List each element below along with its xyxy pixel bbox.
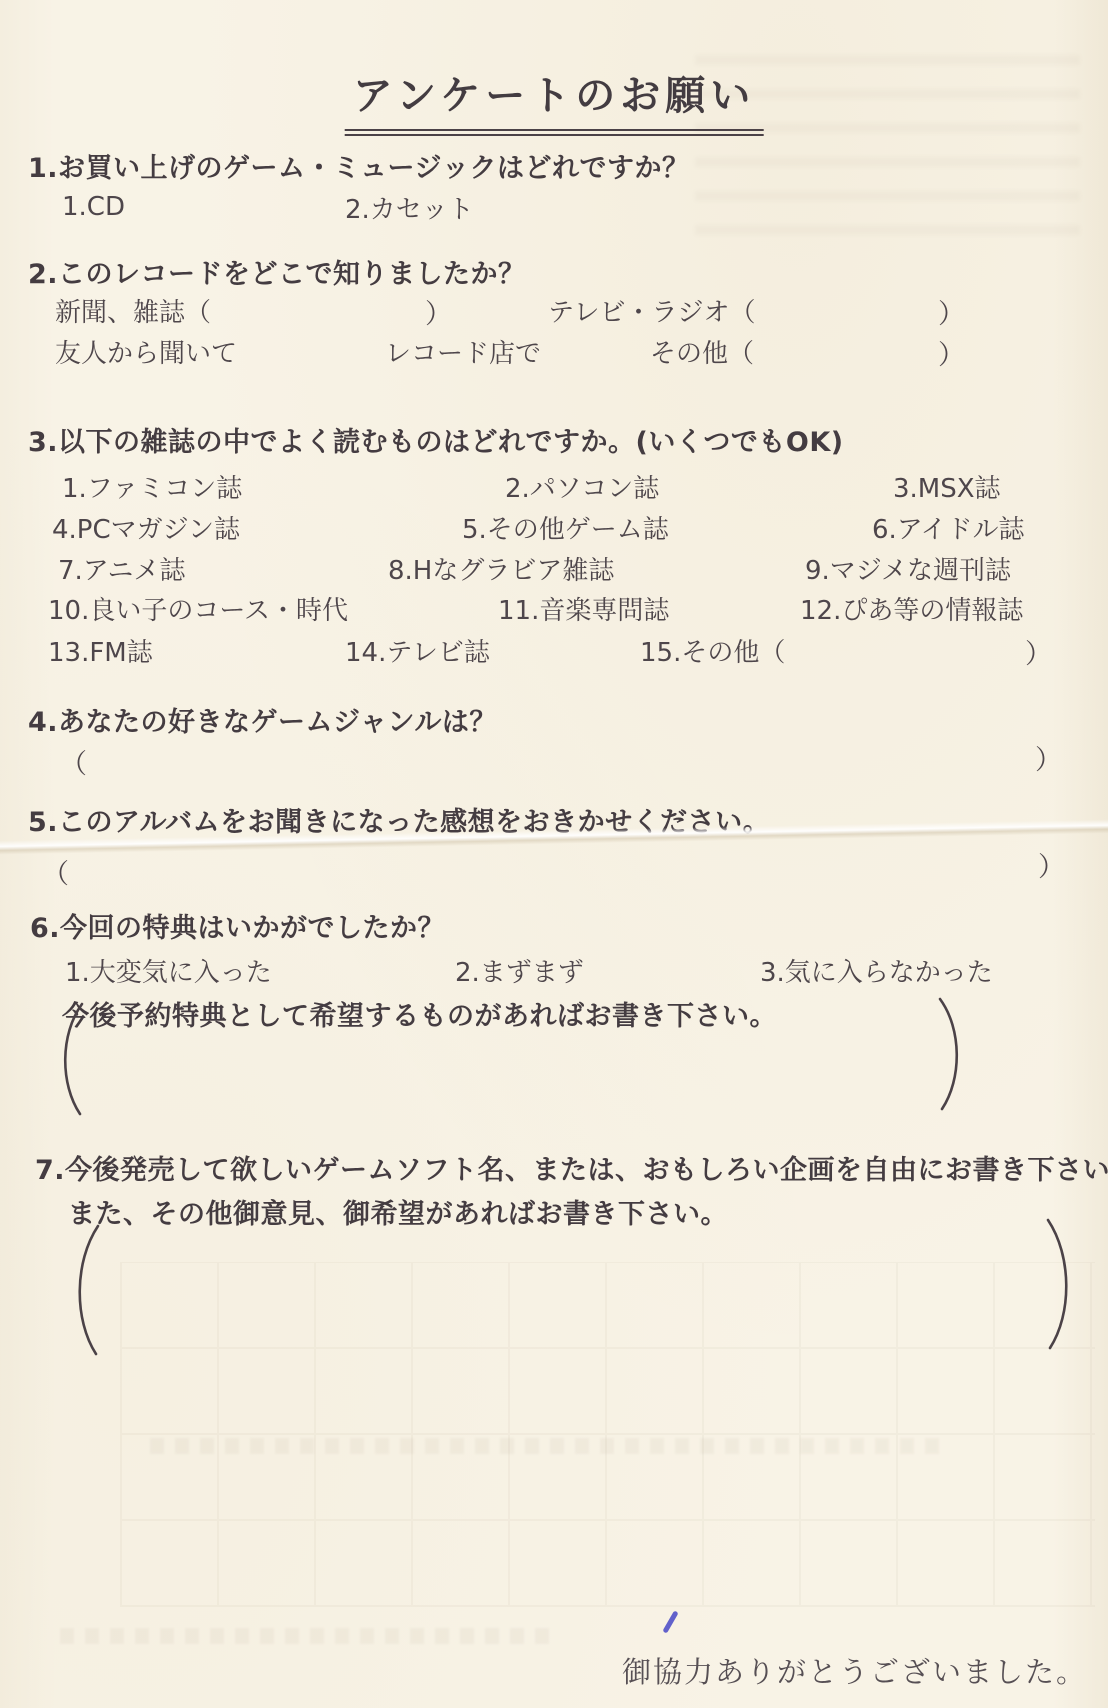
q2-paren-close-newspaper: ） bbox=[425, 292, 452, 331]
survey-sheet: アンケートのお願い 1.お買い上げのゲーム・ミュージックはどれですか？ 1.CD… bbox=[0, 0, 1108, 1708]
q6-subprompt: 今後予約特典として希望するものがあればお書き下さい。 bbox=[62, 994, 777, 1033]
footer-thanks: 御協力ありがとうございました。 bbox=[622, 1650, 1087, 1691]
q3-item-8: 8.Hなグラビア雑誌 bbox=[388, 550, 614, 587]
page-title: アンケートのお願い bbox=[345, 64, 764, 136]
q7-answer-paren-right bbox=[1038, 1216, 1084, 1352]
q3-paren-close-other: ） bbox=[1025, 632, 1052, 671]
q3-item-10: 10.良い子のコース・時代 bbox=[48, 590, 348, 627]
q2-option-tv-radio: テレビ・ラジオ（ bbox=[548, 292, 755, 329]
q3-item-4: 4.PCマガジン誌 bbox=[52, 509, 240, 546]
q5-paren-open: （ bbox=[42, 852, 69, 891]
q7-answer-paren-left bbox=[62, 1222, 108, 1358]
q3-item-14: 14.テレビ誌 bbox=[345, 632, 490, 669]
q6-heading: 6.今回の特典はいかがでしたか？ bbox=[30, 906, 445, 945]
q6-answer-paren-left bbox=[48, 1000, 92, 1118]
q3-item-15: 15.その他（ bbox=[640, 632, 785, 669]
q7-heading-line2: また、その他御意見、御希望があればお書き下さい。 bbox=[68, 1192, 728, 1231]
q3-item-11: 11.音楽専問誌 bbox=[498, 590, 669, 627]
q1-heading: 1.お買い上げのゲーム・ミュージックはどれですか？ bbox=[28, 146, 689, 185]
bleed-through-row bbox=[150, 1438, 940, 1454]
q5-heading: 5.このアルバムをお聞きになった感想をおきかせください。 bbox=[28, 800, 770, 839]
bleed-through-grid bbox=[120, 1262, 1095, 1607]
q5-paren-close: ） bbox=[1038, 845, 1065, 884]
q2-option-other: その他（ bbox=[650, 333, 754, 370]
q6-answer-paren-right bbox=[930, 995, 974, 1113]
q3-item-13: 13.FM誌 bbox=[48, 632, 153, 669]
q3-heading: 3.以下の雑誌の中でよく読むものはどれですか。(いくつでもOK) bbox=[28, 420, 844, 459]
ink-mark bbox=[662, 1610, 678, 1633]
q2-option-friend: 友人から聞いて bbox=[55, 333, 237, 370]
q1-option-cassette: 2.カセット bbox=[345, 189, 474, 226]
q6-option-2: 2.まずまず bbox=[455, 952, 584, 989]
q1-option-cd: 1.CD bbox=[62, 192, 125, 222]
q3-item-3: 3.MSX誌 bbox=[893, 468, 1001, 505]
q6-option-3: 3.気に入らなかった bbox=[760, 952, 993, 989]
q2-paren-close-tv-radio: ） bbox=[938, 292, 965, 331]
q2-option-record-store: レコード店で bbox=[385, 333, 541, 370]
q3-item-1: 1.ファミコン誌 bbox=[62, 468, 242, 505]
q2-heading: 2.このレコードをどこで知りましたか？ bbox=[28, 252, 526, 291]
q3-item-7: 7.アニメ誌 bbox=[58, 550, 186, 587]
q7-heading-line1: 7.今後発売して欲しいゲームソフト名、または、おもしろい企画を自由にお書き下さい… bbox=[35, 1148, 1108, 1187]
q3-item-5: 5.その他ゲーム誌 bbox=[462, 509, 669, 546]
q2-option-newspaper: 新聞、雑誌（ bbox=[55, 292, 211, 329]
q3-item-2: 2.パソコン誌 bbox=[505, 468, 659, 505]
bleed-through-row bbox=[60, 1628, 560, 1644]
q3-item-12: 12.ぴあ等の情報誌 bbox=[800, 590, 1023, 627]
q3-item-6: 6.アイドル誌 bbox=[872, 509, 1024, 546]
q6-option-1: 1.大変気に入った bbox=[65, 952, 272, 989]
q2-paren-close-other: ） bbox=[938, 333, 965, 372]
q4-heading: 4.あなたの好きなゲームジャンルは？ bbox=[28, 700, 497, 739]
q3-item-9: 9.マジメな週刊誌 bbox=[805, 550, 1011, 587]
q4-paren-open: （ bbox=[60, 742, 87, 781]
q4-paren-close: ） bbox=[1035, 738, 1062, 777]
